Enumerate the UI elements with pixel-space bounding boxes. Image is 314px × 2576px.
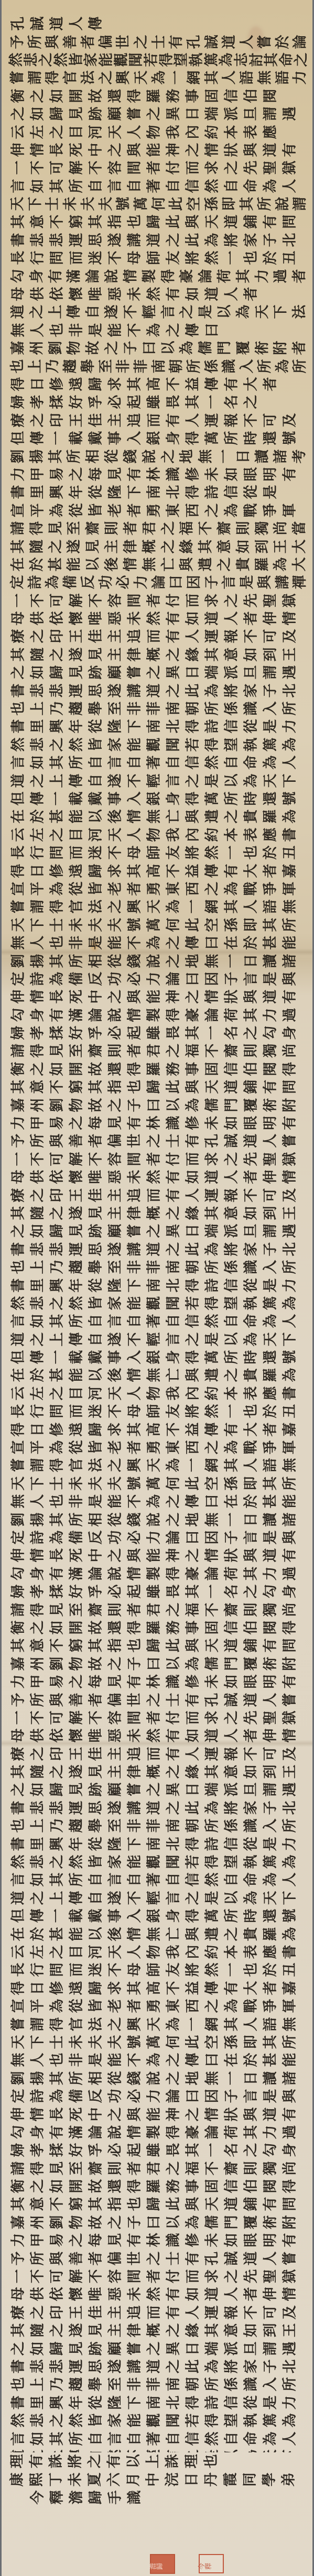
character: 南 <box>165 2375 183 2394</box>
character: 非 <box>68 320 86 340</box>
character: 入 <box>262 1258 280 1277</box>
character: 里 <box>29 1275 47 1295</box>
character: 意 <box>29 1077 47 1097</box>
character: 如 <box>49 2177 67 2196</box>
character: 言 <box>107 1870 125 1890</box>
character: 嘗 <box>126 663 144 682</box>
character: 之 <box>49 825 67 844</box>
character: 旦 <box>243 1221 261 1241</box>
text-column: 勾身有滿論說情製得豪論荷其力過者 <box>5 267 309 285</box>
character: 遂 <box>107 1888 125 1907</box>
seal-outline: 今釋 <box>199 2554 224 2573</box>
character: 道 <box>223 2195 241 2214</box>
character: 之 <box>49 122 67 141</box>
character: 迷 <box>88 1402 105 1421</box>
character: 朝 <box>185 1258 202 1277</box>
character: 明 <box>262 1672 280 1691</box>
character: 窮 <box>68 1077 86 1097</box>
character: 可 <box>262 410 280 430</box>
character: 無 <box>281 1456 299 1475</box>
character: 左 <box>29 1383 47 1403</box>
character: 不 <box>88 158 105 178</box>
character: 長 <box>10 248 28 268</box>
character: 之 <box>107 2212 125 2232</box>
character: 反 <box>80 573 98 591</box>
character: 人 <box>243 897 261 916</box>
character: 號 <box>281 789 299 808</box>
text-column: 力甲易之每見有林識修未如眼明有 <box>5 1114 309 1132</box>
character: 不 <box>107 1402 125 1421</box>
character: 齋 <box>223 2158 241 2178</box>
character: 有 <box>126 464 144 484</box>
character: 之 <box>185 1329 202 1349</box>
character: 嘉 <box>281 861 299 880</box>
character: 年 <box>68 1834 86 1853</box>
character: 顧 <box>107 1780 125 1799</box>
character: 行 <box>29 1402 47 1421</box>
character: 然 <box>204 1870 222 1890</box>
character: 本 <box>223 1383 241 1403</box>
character: 與 <box>49 1131 67 1151</box>
character: 士 <box>44 195 62 213</box>
character: 天 <box>262 1329 280 1349</box>
character: 孚 <box>88 1582 105 1601</box>
character: 也 <box>243 248 261 268</box>
character: 之 <box>107 2104 125 2124</box>
character: 覆 <box>243 2212 261 2232</box>
character: 得 <box>185 717 202 736</box>
text-column: 定詩為備反功必力論曰因子言是與 <box>5 1529 309 1546</box>
character: 得 <box>281 1059 299 1078</box>
character: 南 <box>165 699 183 718</box>
character: 於 <box>262 1960 280 1980</box>
character: 其 <box>88 2195 105 2214</box>
character: 伸 <box>10 987 28 1007</box>
character: 齋 <box>223 1041 241 1061</box>
character: 之 <box>216 555 234 574</box>
character: 東 <box>165 1438 183 1457</box>
character: 與 <box>243 140 261 159</box>
character: 情 <box>281 1726 299 1745</box>
character: 入 <box>262 699 280 718</box>
character: 劉 <box>10 2068 28 2088</box>
character: 之 <box>29 410 47 430</box>
character: 嘉 <box>281 1420 299 1439</box>
character: 惡 <box>107 609 125 628</box>
character: 母 <box>10 1726 28 1745</box>
character: 說 <box>146 1510 164 1529</box>
character: 戰 <box>243 1438 261 1457</box>
character: 運 <box>68 2356 86 2376</box>
character: 但 <box>10 429 28 448</box>
character: 解 <box>68 2267 86 2286</box>
character: 容 <box>107 1708 125 1727</box>
text-column: 婦孝揉好孚必起雖畏其一名之勾身 <box>5 1582 309 1600</box>
character: 獨 <box>262 2158 280 2178</box>
character: 開 <box>68 1059 86 1078</box>
character: 甚 <box>49 1924 67 1944</box>
character: 身 <box>165 789 183 808</box>
character: 思 <box>88 2356 105 2376</box>
character: 悲 <box>29 1239 47 1259</box>
character: 劉 <box>49 1095 67 1115</box>
character: 日 <box>29 1978 47 1998</box>
character: 將 <box>223 681 241 700</box>
text-column: 但傳一載戴事入銀身得萬所時還號 <box>5 790 309 807</box>
character: 世 <box>126 1131 144 1151</box>
character: 一 <box>49 789 67 808</box>
text-column: 婦孝揉好孚必起雖畏其一名之勾身 <box>5 1024 309 1042</box>
character: 自 <box>165 753 183 772</box>
character: 如 <box>29 753 47 772</box>
character: 康 <box>9 2470 27 2489</box>
character: 有 <box>281 140 299 159</box>
character: 篤 <box>262 735 280 754</box>
character: 得 <box>28 519 46 538</box>
character: 雖 <box>146 2141 164 2160</box>
character: 反 <box>88 2087 105 2106</box>
text-column: 之如歸見跡顧嘗之異日端派旦謂遇 <box>5 105 309 123</box>
character: 王 <box>68 2302 86 2322</box>
character: 得 <box>281 1618 299 1637</box>
character: 者 <box>262 1420 280 1439</box>
character: 號 <box>126 2032 144 2051</box>
character: 應 <box>262 1383 280 1403</box>
character: 與 <box>49 2248 67 2268</box>
character: 律 <box>126 1762 144 1782</box>
character: 勾 <box>9 267 27 286</box>
character: 隆 <box>107 1834 125 1853</box>
character: 嘉 <box>10 1095 28 1115</box>
character: 東 <box>165 879 183 898</box>
character: 信 <box>223 1834 241 1853</box>
character: 能 <box>126 1293 144 1313</box>
character: 之 <box>223 1366 241 1385</box>
text-column: 天下士未夫夫號萬何此空孫即其所 <box>5 916 309 934</box>
character: 行 <box>29 843 47 863</box>
character: 思 <box>88 230 105 249</box>
character: 為 <box>204 1798 222 1817</box>
character: 是 <box>204 1329 222 1349</box>
character: 意 <box>29 1636 47 1655</box>
character: 得 <box>29 1041 47 1061</box>
text-column: 嘗謂得官法之興天為一網其人語無 <box>5 1456 309 1474</box>
character: 時 <box>243 789 261 808</box>
character: 趨 <box>68 1816 86 1836</box>
character: 羅 <box>262 1366 280 1385</box>
character: 所 <box>281 915 299 934</box>
character: 講 <box>126 1239 144 1259</box>
character: 情 <box>29 1546 47 1565</box>
character: 意 <box>223 1762 241 1782</box>
character: 有 <box>262 212 280 232</box>
character: 聖 <box>262 1149 280 1169</box>
character: 在 <box>10 807 28 826</box>
character: 自 <box>223 176 241 195</box>
character: 書 <box>10 230 28 249</box>
character: 不 <box>126 1329 144 1349</box>
character: 長 <box>49 987 67 1007</box>
character: 見 <box>49 2158 67 2178</box>
character: 狀 <box>223 987 241 1007</box>
character: 不 <box>29 2267 47 2286</box>
character: 遠 <box>68 1978 86 1998</box>
text-column: 也上乃趨舉至非菲南朝所係識入所 <box>5 700 309 717</box>
character: 獄 <box>281 591 299 610</box>
character: 懷 <box>68 285 86 304</box>
character: 言 <box>10 1312 28 1331</box>
character: 篤 <box>262 1852 280 1872</box>
character: 備 <box>68 969 86 988</box>
character: 載 <box>68 789 86 808</box>
character: 中 <box>88 140 105 159</box>
character: 嘉 <box>10 2212 28 2232</box>
character: 開 <box>68 86 86 105</box>
character: 間 <box>126 1149 144 1169</box>
character: 之 <box>49 645 67 664</box>
text-column: 云左之目河天人物我內約本表應 <box>5 123 309 140</box>
character: 其 <box>197 537 215 556</box>
character: 也 <box>243 843 261 863</box>
character: 長 <box>49 140 67 159</box>
character: 天 <box>107 1942 125 1961</box>
character: 所 <box>68 2068 86 2088</box>
character: 死 <box>68 1546 86 1565</box>
character: 入 <box>126 1906 144 1926</box>
character: 指 <box>107 1636 125 1655</box>
character: 眼 <box>243 464 261 484</box>
character: 母 <box>126 1402 144 1421</box>
character: 貴 <box>235 555 253 574</box>
character: 獄 <box>281 1149 299 1169</box>
character: 林 <box>146 2231 164 2250</box>
character: 荷 <box>223 2122 241 2142</box>
character: 人 <box>29 933 47 953</box>
character: 南 <box>146 2393 164 2412</box>
character: 大 <box>291 555 309 574</box>
character: 有 <box>223 1420 241 1439</box>
character: 相 <box>84 447 102 466</box>
text-column: 療之印王佳主追而有人運報不可及 <box>5 411 309 429</box>
character: 不 <box>88 1149 105 1169</box>
character: 力 <box>262 2122 280 2142</box>
character: 功 <box>107 2087 125 2106</box>
character: 其 <box>49 1510 67 1529</box>
character: 一 <box>49 1348 67 1367</box>
character: 將 <box>223 1239 241 1259</box>
character: 不 <box>122 303 140 322</box>
character: 得 <box>165 2122 183 2142</box>
character: 東 <box>165 1996 183 2016</box>
character: 力 <box>133 573 150 591</box>
character: 命 <box>243 176 261 195</box>
character: 孔 <box>186 33 203 51</box>
character: 上 <box>49 1888 67 1907</box>
character: 之 <box>165 951 183 970</box>
character: 曰 <box>204 2050 222 2070</box>
character: 其 <box>239 195 256 213</box>
character: 功 <box>97 573 115 591</box>
character: 說 <box>141 447 159 466</box>
character: 此 <box>165 212 183 232</box>
character: 情 <box>204 140 222 159</box>
character: 如 <box>185 285 202 304</box>
character: 不 <box>243 1744 261 1763</box>
character: 君 <box>146 2158 164 2178</box>
character: 表 <box>243 1383 261 1403</box>
character: 則 <box>235 519 253 538</box>
character: 見 <box>68 1221 86 1241</box>
character: 戴 <box>88 1906 105 1926</box>
character: 也 <box>243 1402 261 1421</box>
character: 之 <box>243 2141 261 2160</box>
character: 不 <box>107 843 125 863</box>
character: 詩 <box>204 1275 222 1295</box>
character: 講 <box>126 681 144 700</box>
character: 之 <box>107 987 125 1007</box>
character: 見 <box>49 1600 67 1619</box>
character: 萬 <box>204 429 222 448</box>
character: 望 <box>223 1293 241 1313</box>
character: 長 <box>10 1402 28 1421</box>
character: 聞 <box>165 735 183 754</box>
character: 律 <box>126 2321 144 2340</box>
character: 覆 <box>235 339 253 357</box>
character: 號 <box>126 915 144 934</box>
character: 傳 <box>29 429 47 448</box>
character: 如 <box>243 1203 261 1222</box>
character: 能 <box>107 1492 125 1511</box>
character: 未 <box>204 464 222 484</box>
character: 與 <box>185 1366 202 1385</box>
character: 遂 <box>66 537 83 556</box>
character: 故 <box>88 1618 105 1637</box>
character: 之 <box>204 1996 222 2016</box>
character: 自 <box>126 753 144 772</box>
character: 可 <box>49 2267 67 2286</box>
character: 未 <box>126 285 144 304</box>
character: 故 <box>88 1654 105 1673</box>
character: 然 <box>68 2411 86 2430</box>
character: 月 <box>125 2470 143 2489</box>
character: 之 <box>107 1095 125 1115</box>
character: 派 <box>223 1221 241 1241</box>
seal-text: 澹歸 <box>150 2558 164 2570</box>
character: 與 <box>281 1528 299 1547</box>
character: 然 <box>204 843 222 863</box>
text-column: 也上乃趨舉至非菲南朝所係識入所 <box>5 1817 309 1835</box>
character: 者 <box>291 339 309 357</box>
character: 至 <box>107 1816 125 1836</box>
character: 將 <box>67 2452 85 2471</box>
character: 老 <box>107 1438 125 1457</box>
character: 輕 <box>146 1329 164 1349</box>
character: 端 <box>204 663 222 682</box>
character: 緣 <box>185 1203 202 1222</box>
character: 悲 <box>29 2356 47 2376</box>
character: 王 <box>68 627 86 646</box>
character: 道 <box>221 33 239 51</box>
text-column: 婦孝揉好孚必起雖畏其一名之勾身 <box>5 2141 309 2159</box>
character: 物 <box>68 1095 86 1115</box>
character: 然 <box>204 1402 222 1421</box>
character: 門 <box>216 339 234 357</box>
character: 每 <box>88 1672 105 1691</box>
character: 身 <box>165 1906 183 1926</box>
character: 故 <box>88 1059 105 1078</box>
text-column: 療之印王佳主追而有人運報不可及 <box>5 1186 309 1204</box>
character: 之 <box>165 645 183 664</box>
character: 所 <box>223 1348 241 1367</box>
character: 其 <box>223 897 241 916</box>
character: 狀 <box>223 2104 241 2124</box>
character: 熙 <box>28 2470 46 2489</box>
text-column: 予所與善者偏世之士有孔誠道人嘗於論 <box>5 32 309 50</box>
character: 以 <box>223 1888 241 1907</box>
character: 端 <box>204 1780 222 1799</box>
character: 不 <box>126 2050 144 2070</box>
character: 謂 <box>262 104 280 124</box>
character: 閱 <box>262 1618 280 1637</box>
character: 道 <box>146 1798 164 1817</box>
character: 跡 <box>88 1221 105 1241</box>
character: 事 <box>107 1348 125 1367</box>
character: 道 <box>243 1690 261 1709</box>
character: 非 <box>115 357 133 375</box>
character: 物 <box>146 1383 164 1403</box>
character: 歸 <box>49 1780 67 1799</box>
character: 道 <box>243 2248 261 2268</box>
character: 得 <box>49 2014 67 2034</box>
character: 興 <box>49 483 67 502</box>
character: 行 <box>29 1960 47 1980</box>
character: 門 <box>223 1654 241 1673</box>
character: 六 <box>106 2470 124 2489</box>
character: 劉 <box>47 339 65 357</box>
character: 將 <box>223 1798 241 1817</box>
character: 為 <box>49 969 67 988</box>
character: 之 <box>29 1185 47 1205</box>
character: 無 <box>256 69 274 87</box>
character: 追 <box>126 1744 144 1763</box>
character: 趨 <box>68 1258 86 1277</box>
character: 皆 <box>88 1852 105 1872</box>
character: 得 <box>44 69 62 87</box>
character: 老 <box>107 500 125 520</box>
character: 如 <box>223 1114 241 1133</box>
character: 有 <box>165 2302 183 2322</box>
character: 依 <box>49 1726 67 1745</box>
character: 一 <box>204 1023 222 1043</box>
character: 載 <box>68 429 86 448</box>
character: 則 <box>243 2158 261 2178</box>
character: 州 <box>29 2212 47 2232</box>
character: 與 <box>243 1546 261 1565</box>
character: 伯 <box>243 86 261 105</box>
character: 林 <box>146 464 164 484</box>
character: 勾 <box>262 2141 280 2160</box>
character: 號 <box>281 1906 299 1926</box>
character: 北 <box>165 1275 183 1295</box>
character: 君 <box>146 1041 164 1061</box>
character: 朝 <box>185 1816 202 1836</box>
character: 得 <box>10 375 28 394</box>
character: 入 <box>262 2375 280 2394</box>
character: 日 <box>185 1780 202 1799</box>
character: 指 <box>107 212 125 232</box>
character: 能 <box>126 735 144 754</box>
title-column: 孔誠道人傳 <box>5 15 309 32</box>
